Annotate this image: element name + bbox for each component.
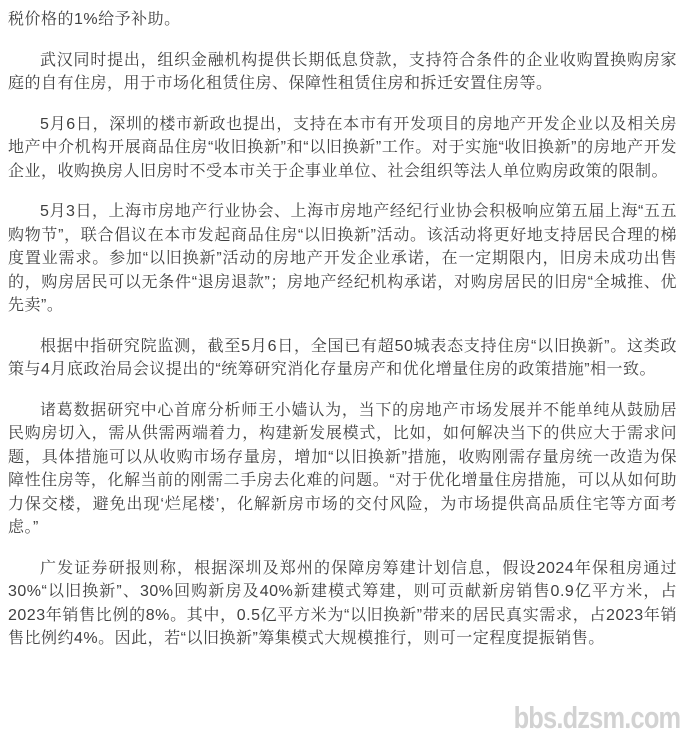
- article-body: 税价格的1%给予补助。 武汉同时提出，组织金融机构提供长期低息贷款，支持符合条件…: [0, 0, 685, 651]
- paragraph-research-monitor: 根据中指研究院监测，截至5月6日，全国已有超50城表态支持住房“以旧换新”。这类…: [8, 335, 677, 382]
- paragraph-analyst-view: 诸葛数据研究中心首席分析师王小嫱认为，当下的房地产市场发展并不能单纯从鼓励居民购…: [8, 399, 677, 540]
- paragraph-wuhan-policy: 武汉同时提出，组织金融机构提供长期低息贷款，支持符合条件的企业收购置换购房家庭的…: [8, 49, 677, 96]
- paragraph-continuation: 税价格的1%给予补助。: [8, 8, 677, 32]
- paragraph-shenzhen-policy: 5月6日，深圳的楼市新政也提出，支持在本市有开发项目的房地产开发企业以及相关房地…: [8, 113, 677, 184]
- paragraph-gf-securities: 广发证券研报则称，根据深圳及郑州的保障房筹建计划信息，假设2024年保租房通过3…: [8, 557, 677, 651]
- paragraph-shanghai-initiative: 5月3日，上海市房地产行业协会、上海市房地产经纪行业协会积极响应第五届上海“五五…: [8, 200, 677, 318]
- site-watermark: bbs.dzsm.com: [513, 700, 680, 736]
